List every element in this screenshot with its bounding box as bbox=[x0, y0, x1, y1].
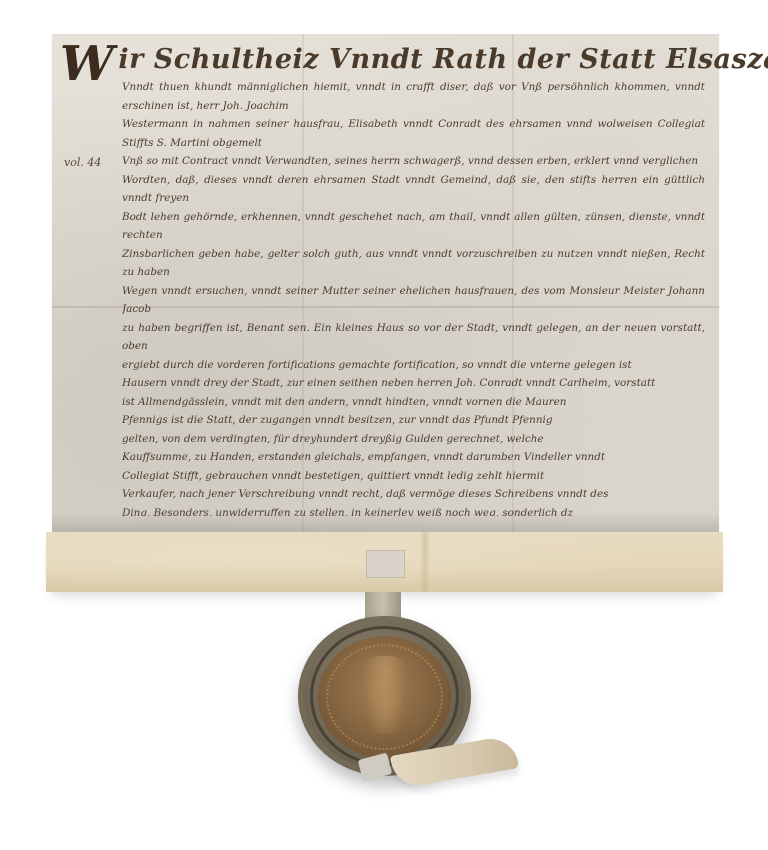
document-line: Collegiat Stifft, gebrauchen vnndt beste… bbox=[122, 467, 705, 486]
document-line: Pfennigs ist die Statt, der zugangen vnn… bbox=[122, 411, 705, 430]
document-body: Vnndt thuen khundt männiglichen hiemit, … bbox=[122, 78, 705, 516]
document-line: ist Allmendgässlein, vnndt mit den ander… bbox=[122, 393, 705, 412]
document-line: Kauffsumme, zu Handen, erstanden gleicha… bbox=[122, 448, 705, 467]
decorated-initial: W bbox=[60, 36, 114, 92]
document-line: Wordten, daß, dieses vnndt deren ehrsame… bbox=[122, 171, 705, 208]
document-line: Vnndt thuen khundt männiglichen hiemit, … bbox=[122, 78, 705, 115]
band-crease bbox=[420, 532, 430, 592]
document-line: zu haben begriffen ist, Benant sen. Ein … bbox=[122, 319, 705, 356]
parchment-shadow bbox=[52, 512, 719, 534]
document-line: Hausern vnndt drey der Stadt, zur einen … bbox=[122, 374, 705, 393]
seal-strap-slot bbox=[366, 550, 405, 578]
wax-seal bbox=[318, 636, 451, 758]
heading-text: ir Schultheiz Vnndt Rath der Statt Elsas… bbox=[118, 44, 768, 75]
parchment-document: Wir Schultheiz Vnndt Rath der Statt Elsa… bbox=[52, 34, 719, 534]
document-line: Zinsbarlichen geben habe, gelter solch g… bbox=[122, 245, 705, 282]
seal-emblem-icon bbox=[356, 656, 414, 734]
document-line: gelten, von dem verdingten, für dreyhund… bbox=[122, 430, 705, 449]
margin-annotation: vol. 44 bbox=[64, 156, 101, 169]
document-line: Westermann in nahmen seiner hausfrau, El… bbox=[122, 115, 705, 152]
document-line: ergiebt durch die vorderen fortification… bbox=[122, 356, 705, 375]
document-line: Bodt lehen gehörnde, erkhennen, vnndt ge… bbox=[122, 208, 705, 245]
document-line: Verkaufer, nach jener Verschreibung vnnd… bbox=[122, 485, 705, 504]
plica-fold-band bbox=[46, 532, 723, 592]
document-line: Wegen vnndt ersuchen, vnndt seiner Mutte… bbox=[122, 282, 705, 319]
document-line: Vnß so mit Contract vnndt Verwandten, se… bbox=[122, 152, 705, 171]
